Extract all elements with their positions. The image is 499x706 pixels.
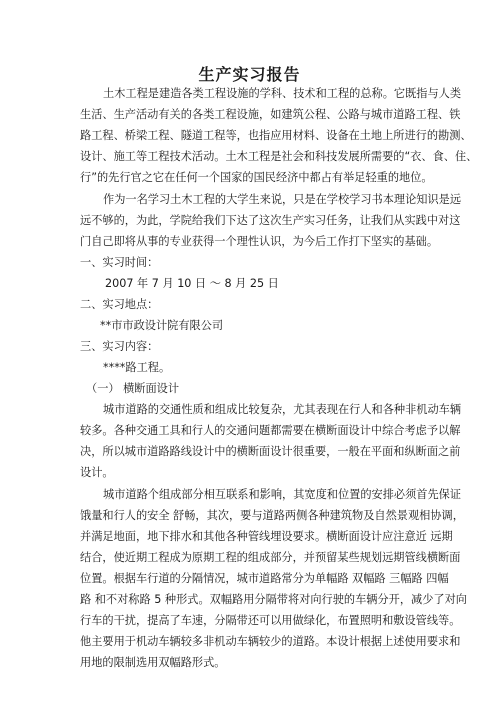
text-line: 并满足地面，地下排水和其他各种管线埋设要求。横断面设计应注意近 远期 [80,530,425,544]
text-line: 城市道路的交通性质和组成比较复杂，尤其表现在行人和各种非机动车辆 [103,403,425,417]
text-line: 决，所以城市道路路线设计中的横断面设计很重要，一般在平面和纵断面之前 [80,445,425,459]
text-line: 较多。各种交通工具和行人的交通问题都需要在横断面设计中综合考虑予以解 [80,424,425,438]
text-line: 2007 年 7 月 10 日 ～ 8 月 25 日 [105,277,450,291]
text-line: 城市道路个组成部分相互联系和影响，其宽度和位置的安排必须首先保证 [103,488,425,502]
text-line: 土木工程是建造各类工程设施的学科、技术和工程的总称。它既指与人类 [103,87,425,101]
text-line: 位置。根据车行道的分隔情况，城市道路常分为单幅路 双幅路 三幅路 四幅 [80,572,425,586]
text-line: 设计、施工等工程技术活动。土木工程是社会和科技发展所需要的“衣、食、住、 [80,150,425,164]
text-line: 门自己即将从事的专业获得一个理性认识，为今后工作打下坚实的基础。 [80,235,425,249]
text-line: ****路工程。 [103,361,448,375]
text-line: 路 和不对称路 5 种形式。双幅路用分隔带将对向行驶的车辆分开，减少了对向 [80,593,425,607]
text-line: 行车的干扰，提高了车速，分隔带还可以用做绿化，布置照明和敷设管线等。 [80,614,425,628]
text-line: （一） 横断面设计 [86,382,431,396]
text-line: 设计。 [80,466,425,480]
text-line: 饿量和行人的安全 舒畅，其次，要与道路两侧各种建筑物及自然景观相协调， [80,509,425,523]
document-title: 生产实习报告 [0,62,499,85]
text-line: 三、实习内容： [80,340,425,354]
text-line: 用地的限制选用双幅路形式。 [80,656,425,670]
text-line: 一、实习时间： [80,256,425,270]
text-line: 二、实习地点： [80,298,425,312]
text-line: 作为一名学习土木工程的大学生来说，只是在学校学习书本理论知识是远 [103,193,425,207]
text-line: 路工程、桥梁工程、隧道工程等，也指应用材料、设备在土地上所进行的勘测、 [80,129,425,143]
text-line: 远不够的，为此，学院给我们下达了这次生产实习任务，让我们从实践中对这 [80,214,425,228]
text-line: 生活、生产活动有关的各类工程设施，如建筑公程、公路与城市道路工程、铁 [80,108,425,122]
text-line: **市市政设计院有限公司 [100,319,445,333]
text-line: 结合，使近期工程成为原期工程的组成部分，并预留某些规划远期管线横断面 [80,551,425,565]
text-line: 行”的先行官之它在任何一个国家的国民经济中都占有举足轻重的地位。 [80,171,425,185]
text-line: 他主要用于机动车辆较多非机动车辆较少的道路。本设计根据上述使用要求和 [80,635,425,649]
